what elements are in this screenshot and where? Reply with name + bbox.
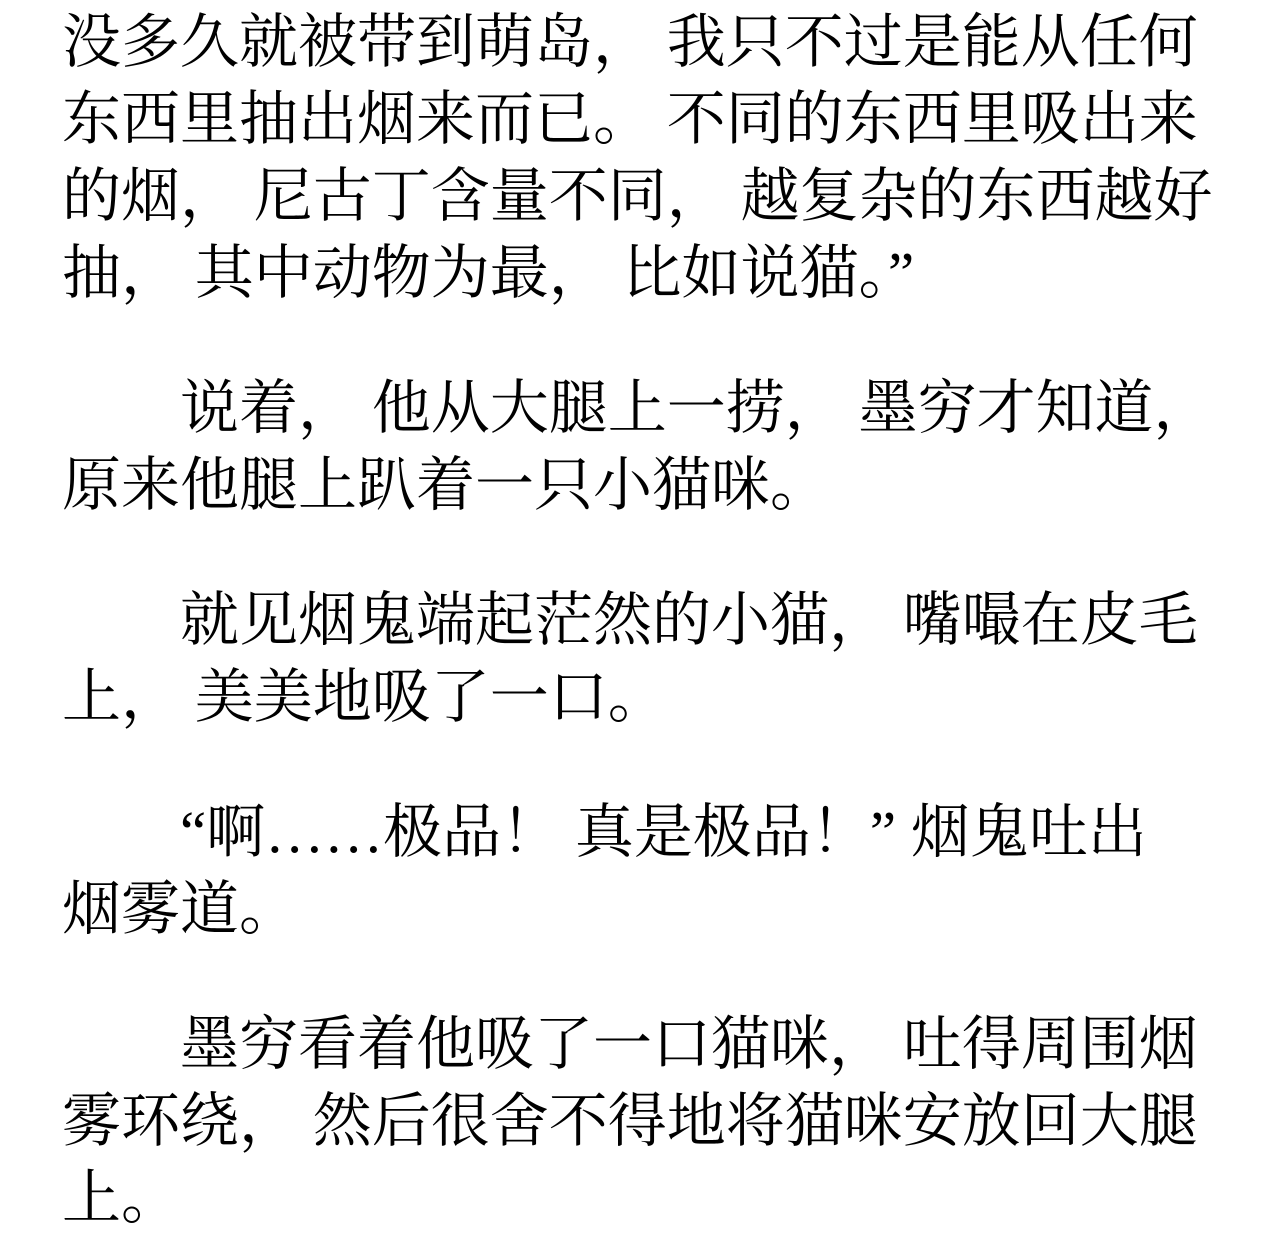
text-line: 原来他腿上趴着一只小猫咪。 — [62, 452, 829, 518]
text-line: 上。 — [62, 1165, 180, 1231]
text-line: 墨穷看着他吸了一口猫咪， 吐得周围烟 — [180, 1011, 1198, 1077]
text-line: “啊……极品！ 真是极品！” 烟鬼吐出 — [180, 799, 1147, 865]
text-line: 上， 美美地吸了一口。 — [62, 664, 667, 730]
text-line: 抽， 其中动物为最， 比如说猫。” — [62, 240, 914, 306]
paragraph: 没多久就被带到萌岛， 我只不过是能从任何东西里抽出烟来而已。 不同的东西里吸出来… — [62, 4, 1220, 312]
text-line: 说着， 他从大腿上一捞， 墨穷才知道， — [180, 375, 1213, 441]
paragraph: 墨穷看着他吸了一口猫咪， 吐得周围烟雾环绕， 然后很舍不得地将猫咪安放回大腿上。 — [62, 1006, 1220, 1237]
text-line: 东西里抽出烟来而已。 不同的东西里吸出来 — [62, 86, 1198, 152]
text-content: 没多久就被带到萌岛， 我只不过是能从任何东西里抽出烟来而已。 不同的东西里吸出来… — [62, 4, 1220, 1237]
text-line: 没多久就被带到萌岛， 我只不过是能从任何 — [62, 9, 1198, 75]
text-line: 就见烟鬼端起茫然的小猫， 嘴嘬在皮毛 — [180, 587, 1198, 653]
paragraph: “啊……极品！ 真是极品！” 烟鬼吐出烟雾道。 — [62, 794, 1220, 948]
text-line: 雾环绕， 然后很舍不得地将猫咪安放回大腿 — [62, 1088, 1198, 1154]
reader-page: 没多久就被带到萌岛， 我只不过是能从任何东西里抽出烟来而已。 不同的东西里吸出来… — [0, 0, 1280, 1260]
text-line: 的烟， 尼古丁含量不同， 越复杂的东西越好 — [62, 163, 1213, 229]
text-line: 烟雾道。 — [62, 876, 298, 942]
paragraph: 说着， 他从大腿上一捞， 墨穷才知道，原来他腿上趴着一只小猫咪。 — [62, 370, 1220, 524]
paragraph: 就见烟鬼端起茫然的小猫， 嘴嘬在皮毛上， 美美地吸了一口。 — [62, 582, 1220, 736]
